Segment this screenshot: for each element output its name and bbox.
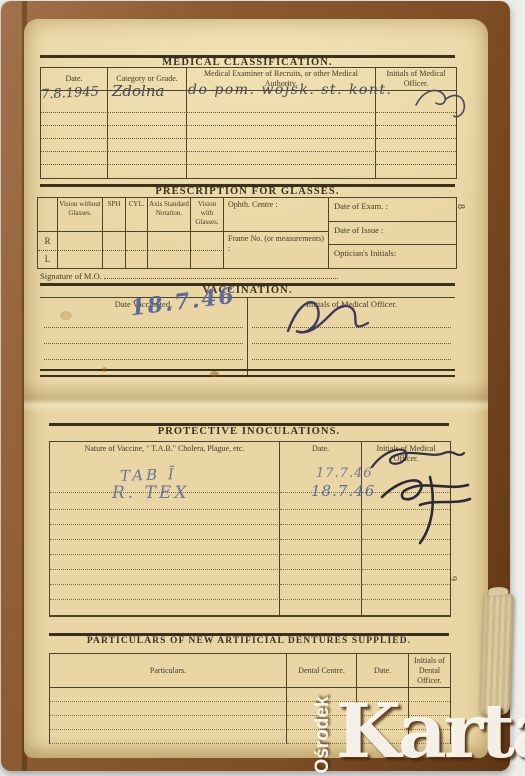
glasses-centre-block: Ophth. Centre : Frame No. (or measuremen… (224, 198, 328, 268)
mc-empty-row (41, 165, 456, 178)
date-of-exam-label: Date of Exam. : (329, 198, 456, 222)
inoculations-title: PROTECTIVE INOCULATIONS. (49, 426, 449, 437)
stain (210, 371, 219, 377)
gl-col-sph: SPH (103, 198, 126, 232)
handwritten-classification-category: Zdolna (112, 82, 164, 100)
den-col-initials: Initials of Dental Officer. (409, 654, 450, 688)
signature-of-mo-label: Signature of M.O. (40, 271, 102, 281)
handwritten-classification-examiner: do pom. wojsk. st. kont. (188, 82, 392, 98)
gl-col-vision-with: Vision with Glasses. (191, 198, 224, 232)
watermark-karta: Karta (336, 694, 525, 769)
glasses-title: PRESCRIPTION FOR GLASSES. (40, 186, 455, 197)
watermark-osrodek: Ośrodek (312, 696, 334, 773)
stain (102, 367, 107, 372)
glasses-right-eye-row: R (38, 232, 224, 250)
medical-officer-initials-signature (412, 81, 470, 121)
booklet-cover: MEDICAL CLASSIFICATION. Date. Category o… (1, 1, 510, 771)
page-number-8: 8 (455, 204, 466, 209)
den-col-date: Date. (357, 654, 409, 688)
mc-empty-row (41, 126, 456, 139)
frame-no-label: Frame No. (or measurements) : (224, 232, 328, 268)
signature-dotted-line (104, 271, 338, 279)
page-number-9: 9 (447, 576, 458, 581)
vaccination-table: Date Vaccinated. Initials of Medical Off… (40, 297, 455, 376)
gl-col-axis: Axis Standard Notation. (148, 198, 191, 232)
dentures-title: PARTICULARS OF NEW ARTIFICIAL DENTURES S… (49, 636, 449, 646)
row-label-right: R (38, 232, 58, 251)
date-of-issue-label: Date of Issue : (329, 222, 456, 246)
ino-empty-row (50, 600, 450, 615)
cloth-tab-fray (488, 586, 509, 596)
den-col-particulars: Particulars. (50, 654, 287, 688)
ino-empty-row (50, 555, 450, 570)
glasses-vision-grid: Vision without Glasses. SPH CYL. Axis St… (38, 198, 224, 268)
handwritten-inoculation-date-1: 17.7.46 (316, 466, 373, 481)
glasses-table: Vision without Glasses. SPH CYL. Axis St… (37, 197, 457, 269)
glasses-dates-block: Date of Exam. : Date of Issue : Optician… (328, 198, 456, 268)
inoculation-officer-signatures (366, 443, 478, 551)
mc-empty-row (41, 139, 456, 152)
signature-of-mo-row: Signature of M.O. (40, 271, 340, 281)
handwritten-classification-date: 7.8.1945 (41, 84, 100, 102)
mc-empty-row (41, 113, 456, 126)
booklet-pages: MEDICAL CLASSIFICATION. Date. Category o… (24, 19, 488, 758)
stain (60, 311, 72, 320)
den-col-centre: Dental Centre. (287, 654, 357, 688)
mc-empty-row (41, 152, 456, 165)
gl-col-cyl: CYL. (126, 198, 148, 232)
glasses-left-eye-row: L (38, 250, 224, 268)
glasses-header-row: Vision without Glasses. SPH CYL. Axis St… (38, 198, 224, 232)
gl-col-vision-without: Vision without Glasses. (58, 198, 103, 232)
optician-initials-label: Optician's Initials: (329, 245, 456, 268)
photo-background: MEDICAL CLASSIFICATION. Date. Category o… (0, 0, 525, 776)
row-label-left: L (38, 250, 58, 268)
dentures-header-row: Particulars. Dental Centre. Date. Initia… (50, 654, 450, 688)
handwritten-vaccine-tab: TAB Ī (120, 465, 177, 485)
ophth-centre-label: Ophth. Centre : (224, 198, 328, 232)
ino-empty-row (50, 570, 450, 585)
page-fold-crease (24, 381, 488, 413)
handwritten-vaccine-rtex: R. TEX (112, 483, 189, 503)
vaccination-officer-signature (280, 291, 375, 349)
ino-empty-row (50, 585, 450, 600)
watermark-vertical-box: Ośrodek (310, 694, 336, 776)
vaccination-title: VACCINATION. (40, 285, 455, 296)
